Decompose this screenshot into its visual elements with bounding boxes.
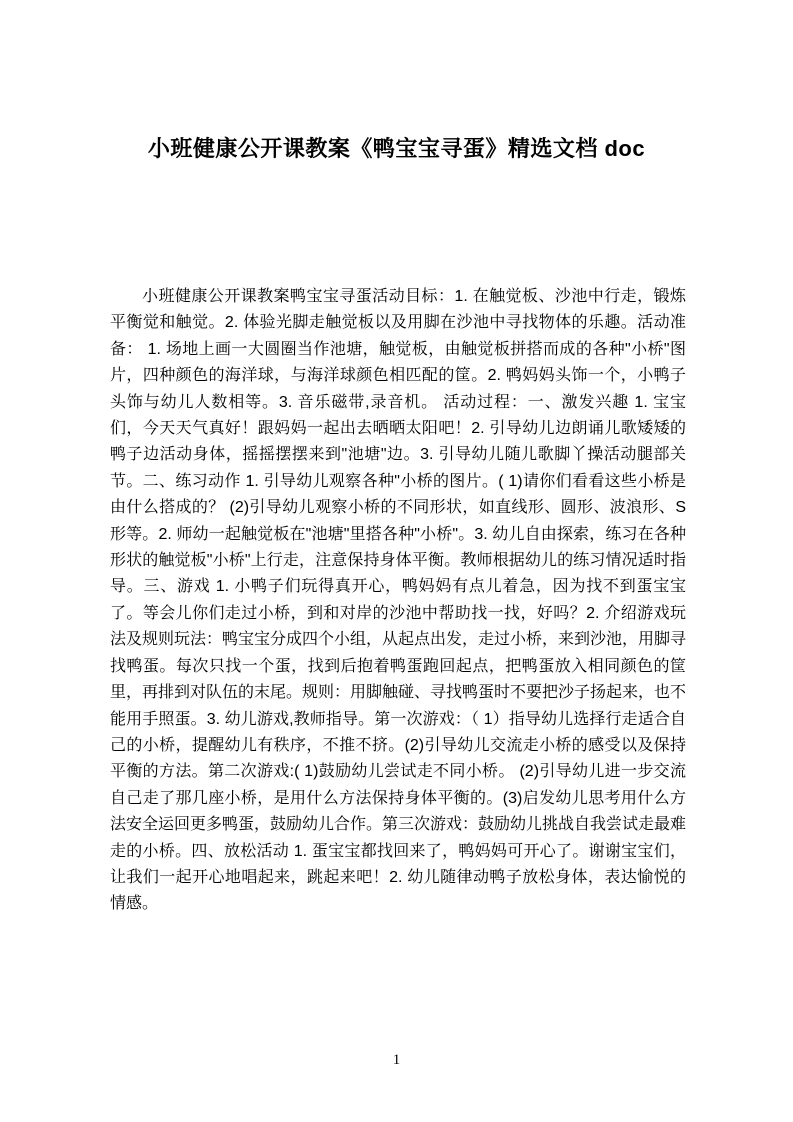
- page-number: 1: [0, 1050, 793, 1070]
- document-title: 小班健康公开课教案《鸭宝宝寻蛋》精选文档 doc: [0, 134, 793, 164]
- body-paragraph: 小班健康公开课教案鸭宝宝寻蛋活动目标：1. 在触觉板、沙池中行走，锻炼平衡觉和触…: [110, 284, 686, 918]
- document-page: 小班健康公开课教案《鸭宝宝寻蛋》精选文档 doc 小班健康公开课教案鸭宝宝寻蛋活…: [0, 0, 793, 1122]
